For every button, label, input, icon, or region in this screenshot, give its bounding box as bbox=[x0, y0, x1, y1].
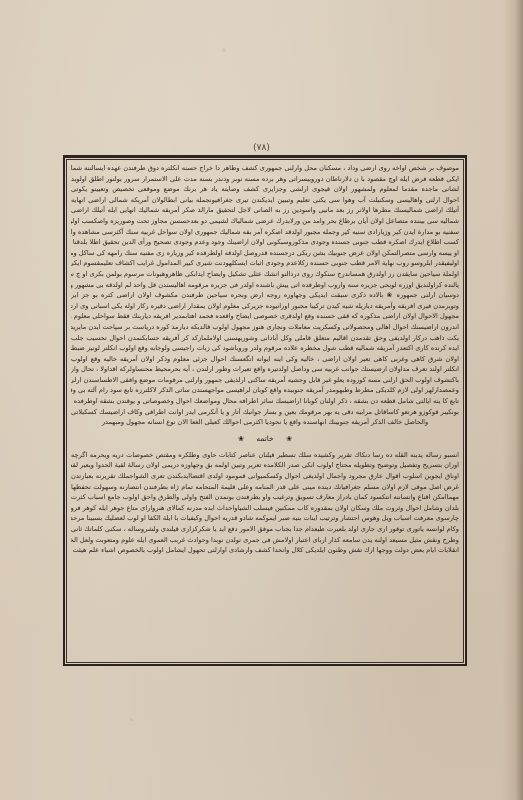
frame-top-rule bbox=[63, 155, 467, 157]
text-line: احوال ارلنی واهالیسی وسكنبلت آب وهوا سی … bbox=[71, 195, 459, 206]
text-line: تابع کا ینه ایالتی شامل قطعه دن بشقه ، ذ… bbox=[71, 396, 459, 407]
text-line: وتوبرمدن فیری افریقه وآمریقه دیاریله شیه… bbox=[71, 301, 459, 312]
text-line: وطرح ونقش مثیل مسیعد اولنه یدن سامعه کذا… bbox=[71, 535, 459, 546]
text-line: بلدان وشامل احوال وثروت ملك وسکان اولان … bbox=[71, 503, 459, 514]
text-line: ایکی قطعه فرض ایله اوچ مقصود با ن دلارتا… bbox=[71, 174, 459, 185]
text-line: انقلابات ایام بعض دولت ووجها ارك تقش وطن… bbox=[71, 545, 459, 556]
text-line: اوناق ایجوین اسلوب اقوال عارق مجرود واجم… bbox=[71, 471, 459, 482]
text-line: آتیلك اراضی شمالیسنك مطرها اولانر رز بعد… bbox=[71, 205, 459, 216]
text-line: وکام لوانسه یاتوری توقور اری جاری اولد ب… bbox=[71, 524, 459, 535]
text-line: مهماامکن اقناع وانساننه انتكسود کمان باد… bbox=[71, 492, 459, 503]
text-line: موصوف بر شخص اواخه روی ارضی وداد ، مسكنا… bbox=[71, 163, 459, 174]
text-line-with-ornament: دوسیان ارلنی جمهوره ❀ بالاده ذکری سبقت ا… bbox=[71, 290, 459, 301]
section-main-body: موصوف بر شخص اواخه روی ارضی وداد ، مسكنا… bbox=[71, 163, 459, 428]
text-line: وعمصدارلهر اولی لازم کلدیکی مطرط وطبهومد… bbox=[71, 385, 459, 396]
text-line: ایده کرنده کاری اکتعدر آمریقه شمالیه قطب… bbox=[71, 343, 459, 354]
page-binding-shadow bbox=[515, 0, 523, 800]
page-number: (٧٨) bbox=[0, 143, 523, 153]
text-line: لشانی ماجده مقدما لمعلوم ولمشهور اولان ق… bbox=[71, 184, 459, 195]
document-page: (٧٨) موصوف بر شخص اواخه روی ارضی وداد ، … bbox=[0, 0, 523, 800]
text-line: غرض اصل موقی لازم اولان مسلم جغرافیانك د… bbox=[71, 482, 459, 493]
text-line: یکت ذاهب درکار اولدیفی وحق تقدمدن اقالیم… bbox=[71, 333, 459, 344]
paper-stain bbox=[130, 718, 133, 721]
text-line: باکتشوف اولوب الحق ارلنی مسه کوروده یعلو… bbox=[71, 375, 459, 386]
text-line: اندرون اراضیسنك احوال اهالی ومحصولاتی وک… bbox=[71, 322, 459, 333]
text-line: چارسوی معرفت اسباب ویل وهوس احتشار وترتی… bbox=[71, 513, 459, 524]
text-line: اولیفیقدر ایلروسو روب نهایة الامر قطب جن… bbox=[71, 258, 459, 269]
text-line: اوزان بتسریح وتفصیل وتوضیح وتطویله محتاج… bbox=[71, 460, 459, 471]
text-line: کسب اطلاع ایدرك اصکره قطب جنوبی جسنده وج… bbox=[71, 237, 459, 248]
section-heading-conclusion: ❀ خاتمه ❀ bbox=[71, 428, 459, 450]
text-line-final: والحاصل خالف الذکر آمریقه جنوبینك انهاسن… bbox=[71, 417, 459, 428]
text-frame: موصوف بر شخص اواخه روی ارضی وداد ، مسكنا… bbox=[63, 156, 467, 666]
text-line: سفنیه بو مدارة ایدن کیر وزیارادی سنیه کی… bbox=[71, 227, 459, 238]
text-line: پالنده کراولنديق اوزره لوبحی جزیره سنه و… bbox=[71, 280, 459, 291]
text-line: اولملة سیاحین سایقدن رز اولدرق همساندرج … bbox=[71, 269, 459, 280]
section-conclusion-body: انسبو رساله یدینه القله ده رسا دنکاك تقر… bbox=[71, 450, 459, 556]
flower-ornament-icon: ❀ bbox=[238, 428, 244, 450]
flower-ornament-icon: ❀ bbox=[286, 428, 292, 450]
text-line: اولان شرق کاهی وغربی کاهی تعیر اولان ارا… bbox=[71, 354, 459, 365]
text-line: شمالیه سی بیننده متصاعل اولان آیان برطاغ… bbox=[71, 216, 459, 227]
text-line: او ییسه وارسی متصرالتمکن اولان عرض جنوبی… bbox=[71, 248, 459, 259]
heading-text: خاتمه bbox=[256, 434, 273, 443]
text-line: انسبو رساله یدینه القله ده رسا دنکاك تقر… bbox=[71, 450, 459, 461]
text-line: بونکیبر قوکوزو هرتعو کاساقاتل مرابیه دقی… bbox=[71, 407, 459, 418]
text-line: مجهول الاحوال اولان اراضی مذکوره که ققی … bbox=[71, 311, 459, 322]
paper-stain bbox=[222, 48, 226, 52]
text-line: انکلتر اولند تعرف مداولان ارضیسنك جوانب … bbox=[71, 364, 459, 375]
